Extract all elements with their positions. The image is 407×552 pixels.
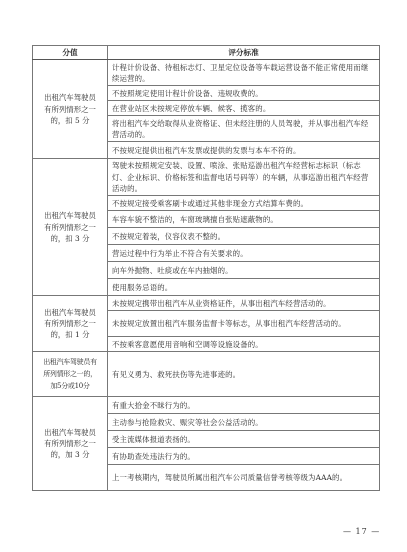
category-cell: 出租汽车驾驶员 有所列情形之一 的，扣 3 分: [33, 159, 108, 296]
header-score: 分值: [33, 46, 108, 60]
criteria-cell: 将出租汽车交给取得从业资格证、但未经注册的人员驾驶，并从事出租汽车经营活动的。: [108, 116, 380, 142]
criteria-cell: 未按规定放置出租汽车服务监督卡等标志，从事出租汽车经营活动的。: [108, 311, 380, 337]
category-cell: 出租汽车驾驶员 有所列情形之一 的，加 3 分: [33, 397, 108, 491]
criteria-cell: 向车外抛物、吐痰或在车内抽烟的。: [108, 262, 380, 279]
criteria-cell: 使用服务忌语的。: [108, 279, 380, 296]
criteria-cell: 不按规定提供出租汽车发票或提供的发票与本车不符的。: [108, 142, 380, 159]
criteria-cell: 有见义勇为、救死扶伤等先进事迹的。: [108, 352, 380, 397]
criteria-cell: 不按规定着装，仪容仪表不整的。: [108, 228, 380, 245]
header-criteria: 评分标准: [108, 46, 380, 60]
criteria-cell: 主动参与抢险救灾、赈灾等社会公益活动的。: [108, 414, 380, 431]
table-row: 出租汽车驾驶员 有所列情形之一 的，扣 1 分 未按规定携带出租汽车从业资格证件…: [33, 296, 380, 311]
criteria-cell: 上一考核期内，驾驶员所属出租汽车公司质量信誉考核等级为AAA的。: [108, 465, 380, 491]
table-row: 出租汽车驾驶员 有所列情形之一 的，扣 5 分 计程计价设备、待租标志灯、卫星定…: [33, 60, 380, 86]
category-cell: 出租汽车驾驶员 有所列情形之一 的，扣 5 分: [33, 60, 108, 159]
scoring-table: 分值 评分标准 出租汽车驾驶员 有所列情形之一 的，扣 5 分 计程计价设备、待…: [32, 45, 380, 491]
criteria-cell: 受主流媒体报道表扬的。: [108, 431, 380, 448]
criteria-cell: 未按规定携带出租汽车从业资格证件，从事出租汽车经营活动的。: [108, 296, 380, 311]
criteria-cell: 营运过程中行为举止不符合有关要求的。: [108, 245, 380, 262]
criteria-cell: 在营业站区未按规定停放车辆、候客、揽客的。: [108, 101, 380, 116]
criteria-cell: 不按规定接受乘客刷卡或通过其他非现金方式结算车费的。: [108, 196, 380, 211]
criteria-cell: 不按照规定使用计程计价设备、违规收费的。: [108, 86, 380, 101]
table-row: 出租汽车驾驶员有 所列情形之一的， 加5分或10分 有见义勇为、救死扶伤等先进事…: [33, 352, 380, 397]
criteria-cell: 有重大拾金不昧行为的。: [108, 397, 380, 414]
criteria-cell: 计程计价设备、待租标志灯、卫星定位设备等车载运营设备不能正常使用而继续运营的。: [108, 60, 380, 86]
criteria-cell: 有协助查处违法行为的。: [108, 448, 380, 465]
table-row: 出租汽车驾驶员 有所列情形之一 的，加 3 分 有重大拾金不昧行为的。: [33, 397, 380, 414]
criteria-cell: 驾驶未按照规定安装、设置、喷涂、张贴巡游出租汽车经营标志标识（标志灯、企业标识、…: [108, 159, 380, 196]
page-number: — 17 —: [343, 527, 380, 536]
criteria-cell: 车容车貌不整洁的，车窗玻璃擅自张贴遮蔽物的。: [108, 211, 380, 228]
criteria-cell: 不按乘客意愿使用音响和空调等设施设备的。: [108, 337, 380, 352]
table-header-row: 分值 评分标准: [33, 46, 380, 60]
category-cell: 出租汽车驾驶员 有所列情形之一 的，扣 1 分: [33, 296, 108, 352]
table-row: 出租汽车驾驶员 有所列情形之一 的，扣 3 分 驾驶未按照规定安装、设置、喷涂、…: [33, 159, 380, 196]
category-cell: 出租汽车驾驶员有 所列情形之一的， 加5分或10分: [33, 352, 108, 397]
document-page: 分值 评分标准 出租汽车驾驶员 有所列情形之一 的，扣 5 分 计程计价设备、待…: [0, 0, 407, 552]
